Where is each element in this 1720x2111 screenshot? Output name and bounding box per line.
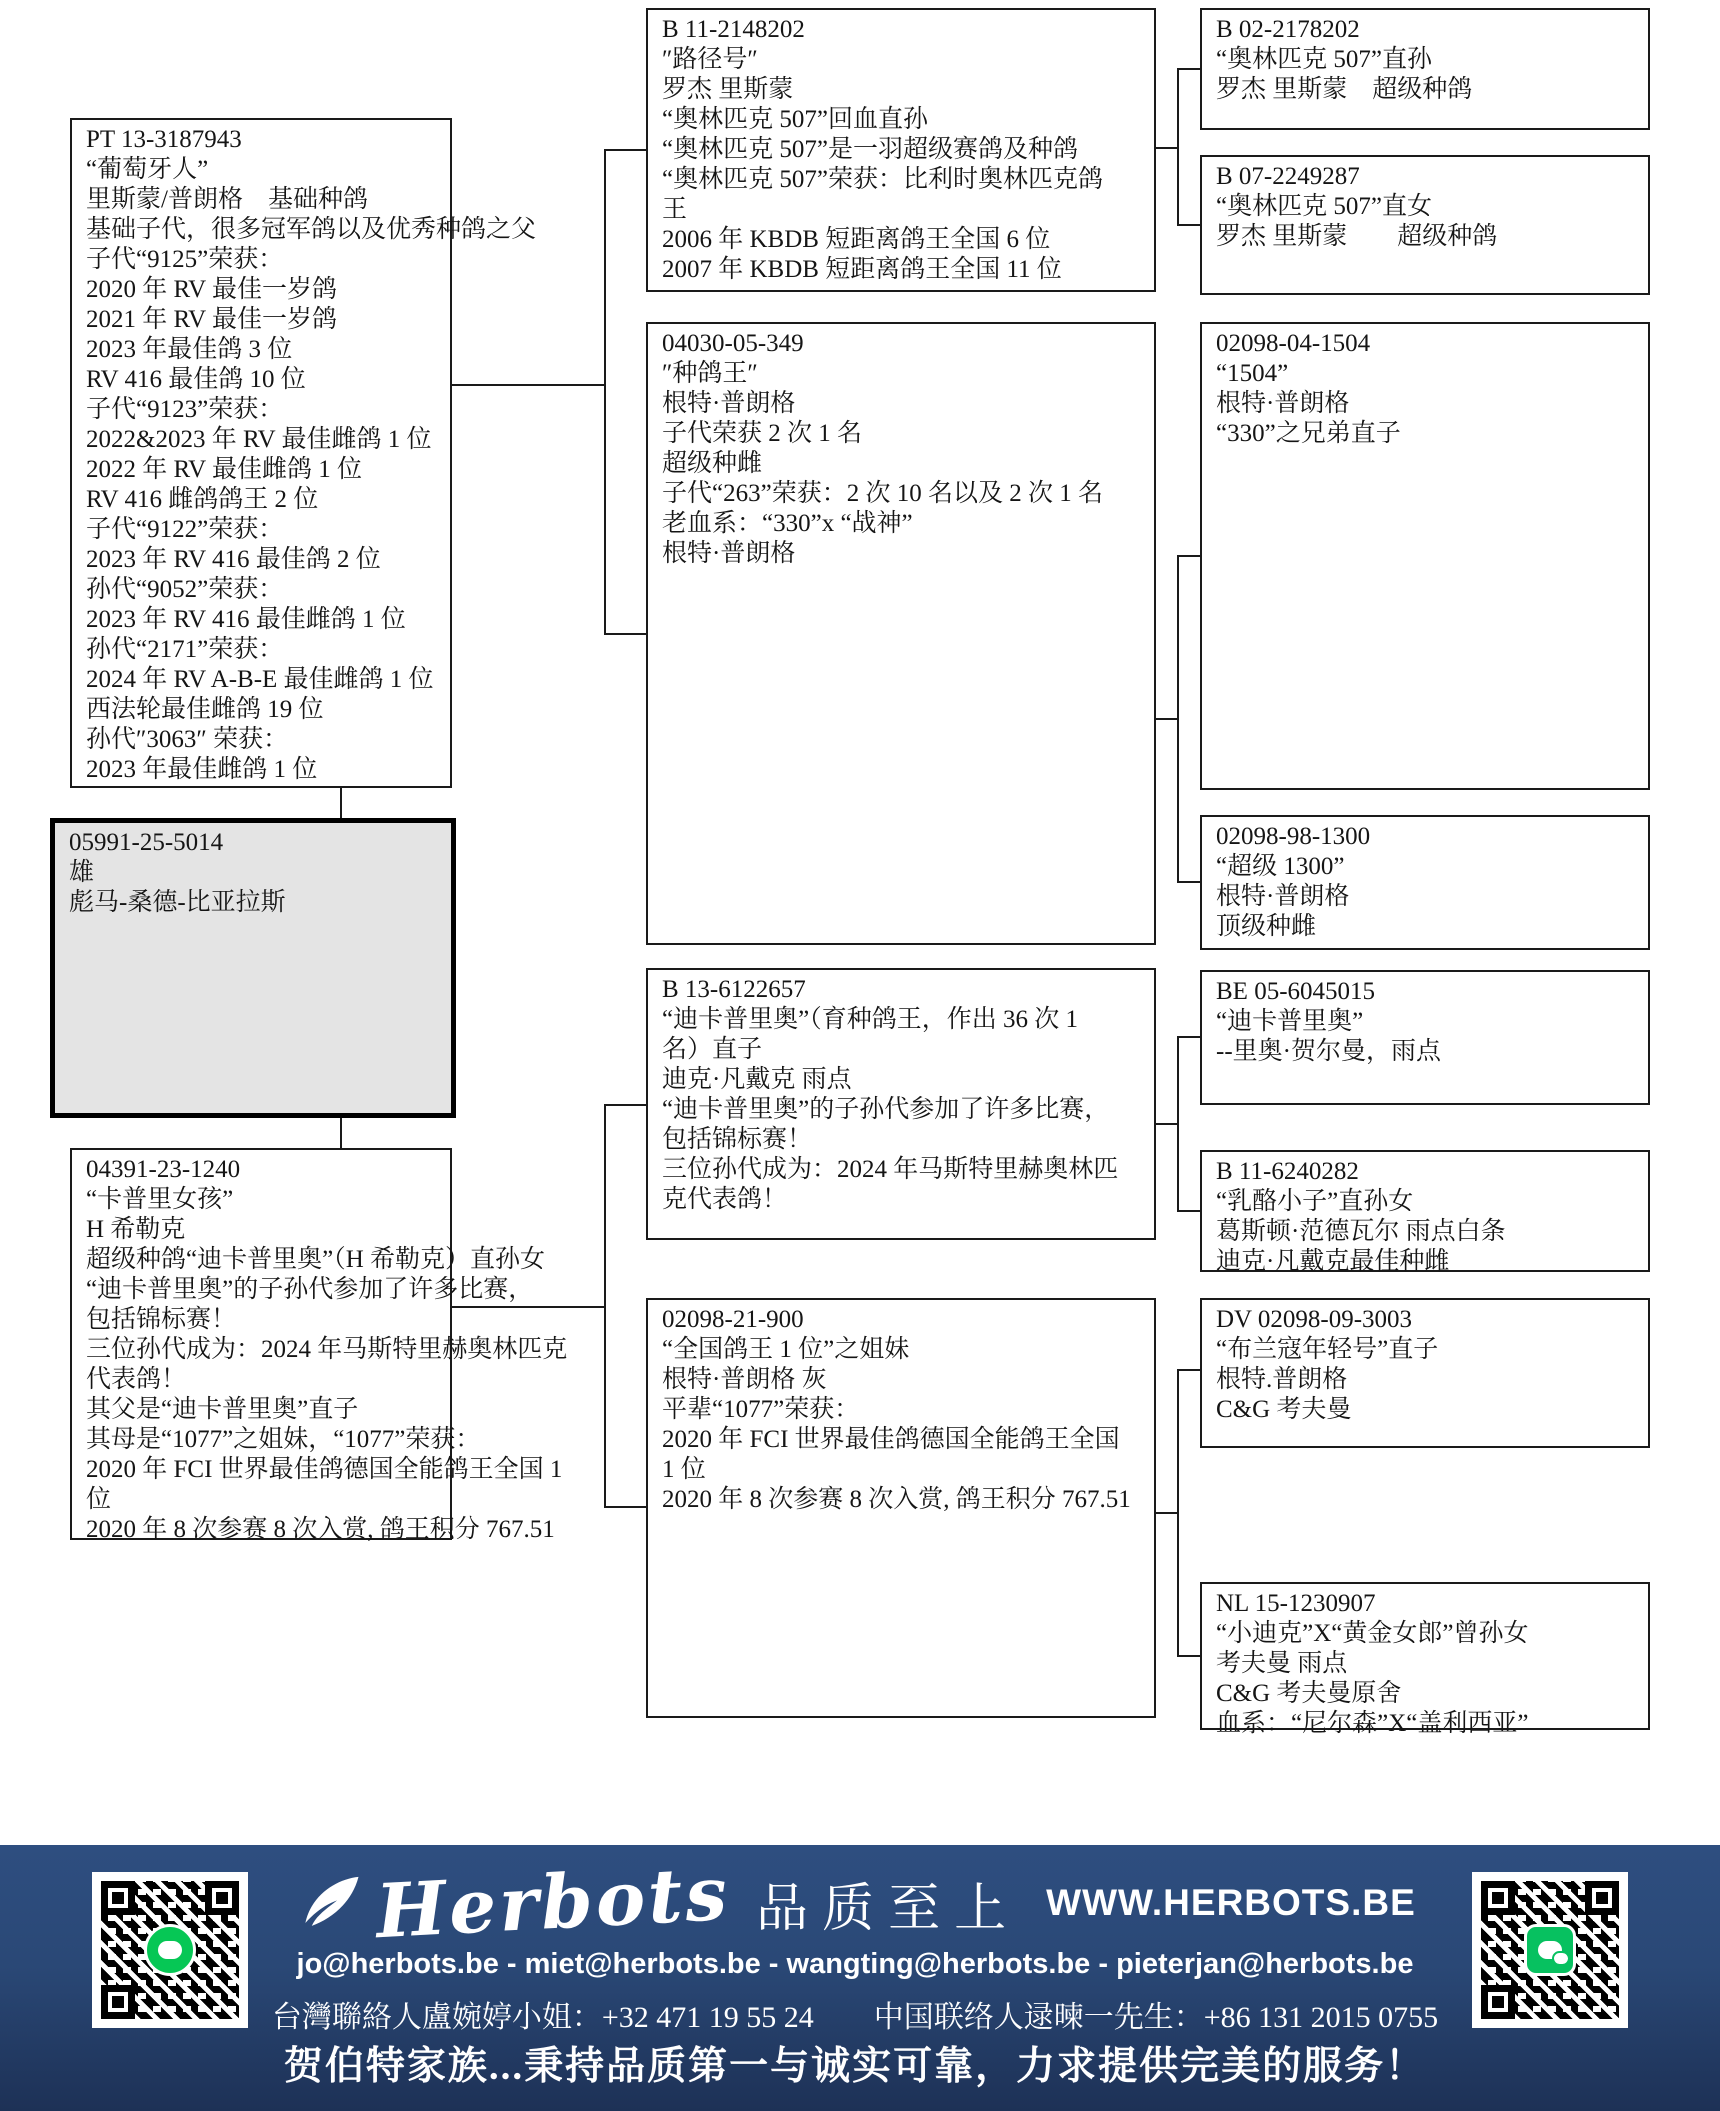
text-line: 2007 年 KBDB 短距离鸽王全国 11 位 [662, 255, 1148, 285]
pedigree-box-great-grandparent-1: B 02-2178202“奥林匹克 507”直孙罗杰 里斯蒙 超级种鸽 [1200, 8, 1650, 130]
pedigree-box-dam-dam: 02098-21-900“全国鸽王 1 位”之姐妹根特·普朗格 灰平辈“1077… [646, 1298, 1156, 1718]
text-line: 2021 年 RV 最佳一岁鸽 [86, 305, 444, 335]
text-line: B 02-2178202 [1216, 15, 1642, 45]
pedigree-box-great-grandparent-4: 02098-98-1300“超级 1300”根特·普朗格顶级种雌 [1200, 815, 1650, 950]
text-line: 2020 年 8 次参赛 8 次入赏, 鸽王积分 767.51 [86, 1515, 444, 1545]
text-line: ″种鸽王″ [662, 359, 1148, 389]
text-line: 根特·普朗格 [662, 539, 1148, 569]
text-line: “330”之兄弟直子 [1216, 419, 1642, 449]
connector-line [1177, 881, 1202, 883]
text-line: C&G 考夫曼原舍 [1216, 1679, 1642, 1709]
brand-row: Herbots 品质至上 WWW.HERBOTS.BE [240, 1853, 1470, 1953]
text-line: “迪卡普里奥”的子孙代参加了许多比赛， [86, 1275, 444, 1305]
brand-logo: Herbots [374, 1851, 732, 1955]
text-line: “卡普里女孩” [86, 1185, 444, 1215]
qr-finder [1481, 1985, 1515, 2019]
connector-line [604, 1506, 648, 1508]
connector-line [340, 788, 342, 820]
text-line: 04030-05-349 [662, 329, 1148, 359]
connector-line [1156, 1123, 1179, 1125]
qr-finder [205, 1881, 239, 1915]
text-line: 2020 年 FCI 世界最佳鸽德国全能鸽王全国 [662, 1425, 1148, 1455]
text-line: 包括锦标赛！ [662, 1125, 1148, 1155]
text-line: ″路径号″ [662, 45, 1148, 75]
text-line: 根特·普朗格 [662, 389, 1148, 419]
text-line: 代表鸽！ [86, 1365, 444, 1395]
contact-phones: 台灣聯絡人盧婉婷小姐：+32 471 19 55 24 中国联络人逯暕一先生：+… [240, 1992, 1470, 2036]
text-line: “奥林匹克 507”回血直孙 [662, 105, 1148, 135]
text-line: RV 416 雌鸽鸽王 2 位 [86, 485, 444, 515]
connector-line [340, 1118, 342, 1150]
connector-line [1177, 224, 1202, 226]
text-line: 里斯蒙/普朗格 基础种鸽 [86, 185, 444, 215]
text-line: 顶级种雌 [1216, 912, 1642, 942]
brand-tagline: 品质至上 [756, 1866, 1020, 1941]
contact-emails: jo@herbots.be - miet@herbots.be - wangti… [240, 1948, 1470, 1981]
text-line: 迪克·凡戴克最佳种雌 [1216, 1247, 1642, 1277]
connector-line [1156, 718, 1179, 720]
text-line: 子代“9125”荣获： [86, 245, 444, 275]
text-line: --里奥·贺尔曼，雨点 [1216, 1037, 1642, 1067]
website-url: WWW.HERBOTS.BE [1046, 1882, 1416, 1924]
pedigree-box-great-grandparent-3: 02098-04-1504“1504”根特·普朗格“330”之兄弟直子 [1200, 322, 1650, 790]
connector-line [1177, 68, 1179, 226]
text-line: “奥林匹克 507”荣获：比利时奥林匹克鸽 [662, 165, 1148, 195]
text-line: 子代“9122”荣获： [86, 515, 444, 545]
text-line: 超级种雌 [662, 449, 1148, 479]
text-line: “葡萄牙人” [86, 155, 444, 185]
connector-line [604, 150, 606, 635]
pedigree-box-sire-dam: 04030-05-349″种鸽王″根特·普朗格子代荣获 2 次 1 名超级种雌子… [646, 322, 1156, 945]
qr-code-wechat [1472, 1872, 1628, 2028]
connector-line [1177, 68, 1202, 70]
text-line: 罗杰 里斯蒙 超级种鸽 [1216, 75, 1642, 105]
contact-taiwan: 台灣聯絡人盧婉婷小姐：+32 471 19 55 24 [272, 1992, 814, 2036]
text-line: 王 [662, 195, 1148, 225]
text-line: “迪卡普里奥”（育种鸽王，作出 36 次 1 [662, 1005, 1148, 1035]
text-line: 罗杰 里斯蒙 超级种鸽 [1216, 222, 1642, 252]
text-line: 其母是“1077”之姐妹，“1077”荣获： [86, 1425, 444, 1455]
pedigree-box-great-grandparent-2: B 07-2249287“奥林匹克 507”直女罗杰 里斯蒙 超级种鸽 [1200, 155, 1650, 295]
text-line: “1504” [1216, 359, 1642, 389]
text-line: 2023 年最佳鸽 3 位 [86, 335, 444, 365]
text-line: 克代表鸽！ [662, 1185, 1148, 1215]
text-line: 2020 年 8 次参赛 8 次入赏, 鸽王积分 767.51 [662, 1485, 1148, 1515]
text-line: 西法轮最佳雌鸽 19 位 [86, 695, 444, 725]
qr-finder [1585, 1881, 1619, 1915]
text-line: 超级种鸽“迪卡普里奥”（H 希勒克）直孙女 [86, 1245, 444, 1275]
pedigree-box-great-grandparent-7: DV 02098-09-3003“布兰寇年轻号”直子根特.普朗格C&G 考夫曼 [1200, 1298, 1650, 1448]
text-line: 基础子代，很多冠军鸽以及优秀种鸽之父 [86, 215, 444, 245]
text-line: “超级 1300” [1216, 852, 1642, 882]
text-line: BE 05-6045015 [1216, 977, 1642, 1007]
text-line: 三位孙代成为：2024 年马斯特里赫奥林匹克 [86, 1335, 444, 1365]
text-line: 孙代“2171”荣获： [86, 635, 444, 665]
text-line: 彪马-桑德-比亚拉斯 [69, 888, 445, 918]
text-line: 2022&2023 年 RV 最佳雌鸽 1 位 [86, 425, 444, 455]
text-line: 根特·普朗格 [1216, 882, 1642, 912]
pedigree-box-dam-sire: B 13-6122657“迪卡普里奥”（育种鸽王，作出 36 次 1名）直子迪克… [646, 968, 1156, 1240]
connector-line [1177, 1210, 1202, 1212]
text-line: “布兰寇年轻号”直子 [1216, 1335, 1642, 1365]
connector-line [1177, 1369, 1202, 1371]
text-line: PT 13-3187943 [86, 125, 444, 155]
text-line: “奥林匹克 507”直孙 [1216, 45, 1642, 75]
text-line: 2023 年 RV 416 最佳雌鸽 1 位 [86, 605, 444, 635]
qr-code-line [92, 1872, 248, 2028]
text-line: 2022 年 RV 最佳雌鸽 1 位 [86, 455, 444, 485]
text-line: “迪卡普里奥”的子孙代参加了许多比赛， [662, 1095, 1148, 1125]
text-line: 三位孙代成为：2024 年马斯特里赫奥林匹 [662, 1155, 1148, 1185]
text-line: 04391-23-1240 [86, 1155, 444, 1185]
text-line: C&G 考夫曼 [1216, 1395, 1642, 1425]
text-line: “乳酪小子”直孙女 [1216, 1187, 1642, 1217]
connector-line [1177, 1655, 1202, 1657]
text-line: 2020 年 FCI 世界最佳鸽德国全能鸽王全国 1 [86, 1455, 444, 1485]
qr-finder [101, 1985, 135, 2019]
footer-banner: Herbots 品质至上 WWW.HERBOTS.BE jo@herbots.b… [0, 1845, 1720, 2111]
text-line: “奥林匹克 507”直女 [1216, 192, 1642, 222]
text-line: “小迪克”X“黄金女郎”曾孙女 [1216, 1619, 1642, 1649]
connector-line [604, 149, 648, 151]
text-line: 包括锦标赛！ [86, 1305, 444, 1335]
text-line: 根特·普朗格 灰 [662, 1365, 1148, 1395]
connector-line [604, 633, 648, 635]
text-line: 根特.普朗格 [1216, 1365, 1642, 1395]
text-line: H 希勒克 [86, 1215, 444, 1245]
wechat-badge-icon [1524, 1924, 1576, 1976]
connector-line [1156, 147, 1179, 149]
pedigree-page: PT 13-3187943“葡萄牙人”里斯蒙/普朗格 基础种鸽基础子代，很多冠军… [0, 0, 1720, 2111]
text-line: “迪卡普里奥” [1216, 1007, 1642, 1037]
text-line: 罗杰 里斯蒙 [662, 75, 1148, 105]
feather-icon [290, 1873, 372, 1934]
text-line: 2006 年 KBDB 短距离鸽王全国 6 位 [662, 225, 1148, 255]
text-line: RV 416 最佳鸽 10 位 [86, 365, 444, 395]
footer-slogan: 贺伯特家族...秉持品质第一与诚实可靠，力求提供完美的服务！ [240, 2035, 1470, 2091]
text-line: 2023 年 RV 416 最佳鸽 2 位 [86, 545, 444, 575]
text-line: 迪克·凡戴克 雨点 [662, 1065, 1148, 1095]
pedigree-box-mother: 04391-23-1240“卡普里女孩”H 希勒克超级种鸽“迪卡普里奥”（H 希… [70, 1148, 452, 1540]
text-line: 子代“263”荣获：2 次 10 名以及 2 次 1 名 [662, 479, 1148, 509]
text-line: 老血系：“330”x “战神” [662, 509, 1148, 539]
text-line: 02098-21-900 [662, 1305, 1148, 1335]
text-line: 名）直子 [662, 1035, 1148, 1065]
text-line: 其父是“迪卡普里奥”直子 [86, 1395, 444, 1425]
text-line: B 11-6240282 [1216, 1157, 1642, 1187]
pedigree-box-great-grandparent-6: B 11-6240282“乳酪小子”直孙女葛斯顿·范德瓦尔 雨点白条迪克·凡戴克… [1200, 1150, 1650, 1272]
text-line: 雄 [69, 858, 445, 888]
text-line: 02098-04-1504 [1216, 329, 1642, 359]
text-line: 血系：“尼尔森”X“盖利西亚” [1216, 1709, 1642, 1739]
text-line: 02098-98-1300 [1216, 822, 1642, 852]
text-line: B 07-2249287 [1216, 162, 1642, 192]
text-line: 根特·普朗格 [1216, 389, 1642, 419]
text-line: 子代荣获 2 次 1 名 [662, 419, 1148, 449]
text-line: 2020 年 RV 最佳一岁鸽 [86, 275, 444, 305]
connector-line [1177, 1036, 1179, 1212]
connector-line [1177, 1036, 1202, 1038]
connector-line [1156, 1512, 1179, 1514]
connector-line [1177, 555, 1202, 557]
contact-china: 中国联络人逯暕一先生：+86 131 2015 0755 [874, 1992, 1438, 2036]
text-line: 2023 年最佳雌鸽 1 位 [86, 755, 444, 785]
connector-line [452, 384, 604, 386]
text-line: 位 [86, 1485, 444, 1515]
text-line: 孙代“9052”荣获： [86, 575, 444, 605]
qr-finder [101, 1881, 135, 1915]
pedigree-box-father: PT 13-3187943“葡萄牙人”里斯蒙/普朗格 基础种鸽基础子代，很多冠军… [70, 118, 452, 788]
connector-line [604, 1104, 606, 1508]
text-line: B 13-6122657 [662, 975, 1148, 1005]
line-badge-icon [144, 1924, 196, 1976]
text-line: 2024 年 RV A-B-E 最佳雌鸽 1 位 [86, 665, 444, 695]
text-line: “全国鸽王 1 位”之姐妹 [662, 1335, 1148, 1365]
text-line: 平辈“1077”荣获： [662, 1395, 1148, 1425]
pedigree-box-subject: 05991-25-5014雄彪马-桑德-比亚拉斯 [50, 818, 456, 1118]
text-line: 子代“9123”荣获： [86, 395, 444, 425]
text-line: 考夫曼 雨点 [1216, 1649, 1642, 1679]
pedigree-box-great-grandparent-5: BE 05-6045015“迪卡普里奥”--里奥·贺尔曼，雨点 [1200, 970, 1650, 1105]
text-line: DV 02098-09-3003 [1216, 1305, 1642, 1335]
pedigree-box-great-grandparent-8: NL 15-1230907“小迪克”X“黄金女郎”曾孙女考夫曼 雨点C&G 考夫… [1200, 1582, 1650, 1730]
connector-line [1177, 1369, 1179, 1657]
pedigree-box-sire-sire: B 11-2148202″路径号″罗杰 里斯蒙“奥林匹克 507”回血直孙“奥林… [646, 8, 1156, 292]
text-line: 1 位 [662, 1455, 1148, 1485]
text-line: “奥林匹克 507”是一羽超级赛鸽及种鸽 [662, 135, 1148, 165]
connector-line [604, 1104, 648, 1106]
text-line: B 11-2148202 [662, 15, 1148, 45]
text-line: 孙代″3063″ 荣获： [86, 725, 444, 755]
qr-finder [1481, 1881, 1515, 1915]
text-line: 05991-25-5014 [69, 828, 445, 858]
connector-line [1177, 555, 1179, 883]
text-line: 葛斯顿·范德瓦尔 雨点白条 [1216, 1217, 1642, 1247]
text-line: NL 15-1230907 [1216, 1589, 1642, 1619]
connector-line [452, 1306, 604, 1308]
